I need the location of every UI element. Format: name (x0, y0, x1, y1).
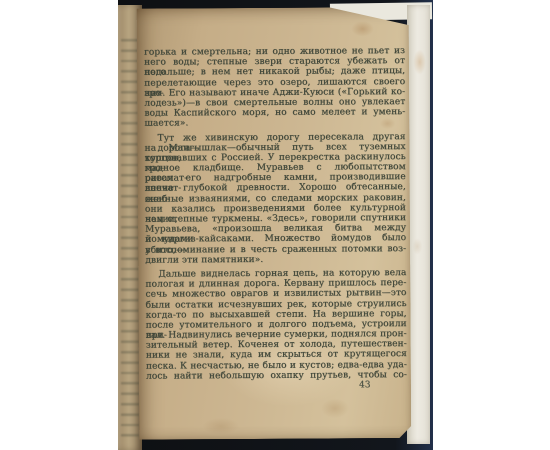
page-number: 43 (359, 380, 371, 390)
text-line: шается». (144, 117, 405, 129)
photo-canvas: горька и смертельна; ни одно животное не… (0, 0, 550, 450)
text-line: двигли эти памятники». (145, 254, 406, 266)
page-text: горька и смертельна; ни одно животное не… (144, 46, 407, 382)
book-photo: горька и смертельна; ни одно животное не… (118, 0, 433, 450)
book-page: горька и смертельна; ни одно животное не… (137, 7, 412, 440)
text-line: в воспоминание и в честь сраженных потом… (145, 244, 406, 256)
text-line: воды Каспийского моря, но само мелеет и … (144, 107, 405, 119)
left-page-blurred-text (121, 39, 139, 438)
